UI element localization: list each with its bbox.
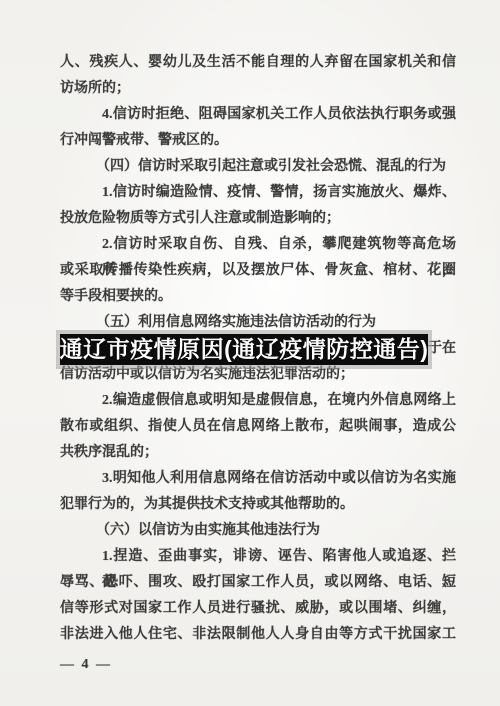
title-overlay-banner: 通辽市疫情原因(通辽疫情防控通告) — [60, 334, 428, 365]
document-line: 2.编造虚假信息或明知是虚假信息，在境内外信息网络上 — [60, 388, 456, 414]
document-line: 1.信访时编造险情、疫情、警情，扬言实施放火、爆炸、 — [60, 180, 456, 206]
title-overlay-text: 通辽市疫情原因(通辽疫情防控通告) — [60, 334, 429, 365]
document-line: 人、残疾人、婴幼儿及生活不能自理的人弃留在国家机关和信 — [60, 50, 456, 76]
document-line: 犯罪行为的，为其提供技术支持或其他帮助的。 — [60, 492, 456, 518]
document-line: 信访活动中或以信访为名实施违法犯罪活动的； — [60, 362, 456, 388]
document-line: 共秩序混乱的； — [60, 440, 456, 466]
document-line: 信等形式对国家工作人员进行骚扰、威胁，或以围堵、纠缠， — [60, 596, 456, 622]
document-line: （四）信访时采取引起注意或引发社会恐慌、混乱的行为 — [60, 154, 456, 180]
document-line: （六）以信访为由实施其他违法行为 — [60, 518, 456, 544]
document-line: — 4 — — [60, 648, 456, 678]
document-line: 非法进入他人住宅、非法限制他人人身自由等方式干扰国家工 — [60, 622, 456, 648]
document-line: （五）利用信息网络实施违法信访活动的行为 — [60, 310, 456, 336]
scanned-document-page: 人、残疾人、婴幼儿及生活不能自理的人弃留在国家机关和信访场所的；4.信访时拒绝、… — [0, 0, 500, 706]
document-line: 辱骂、恐吓、围攻、殴打国家工作人员，或以网络、电话、短 — [60, 570, 456, 596]
document-line: 散布或组织、指使人员在信息网络上散布，起哄闹事，造成公 — [60, 414, 456, 440]
document-line: 3.明知他人利用信息网络在信访活动中或以信访为名实施 — [60, 466, 456, 492]
document-line: 2.信访时采取自伤、自残、自杀，攀爬建筑物等高危场所， — [60, 232, 456, 258]
document-line: 访场所的； — [60, 76, 456, 102]
document-line: 等手段相要挟的。 — [60, 284, 456, 310]
document-line: 行冲闯警戒带、警戒区的。 — [60, 128, 456, 154]
document-line: 投放危险物质等方式引人注意或制造影响的； — [60, 206, 456, 232]
document-line: 4.信访时拒绝、阻碍国家机关工作人员依法执行职务或强 — [60, 102, 456, 128]
document-line: 1.捏造、歪曲事实，诽谤、诬告、陷害他人或追逐、拦截、 — [60, 544, 456, 570]
document-line: 或采取传播传染性疾病，以及摆放尸体、骨灰盒、棺材、花圈 — [60, 258, 456, 284]
